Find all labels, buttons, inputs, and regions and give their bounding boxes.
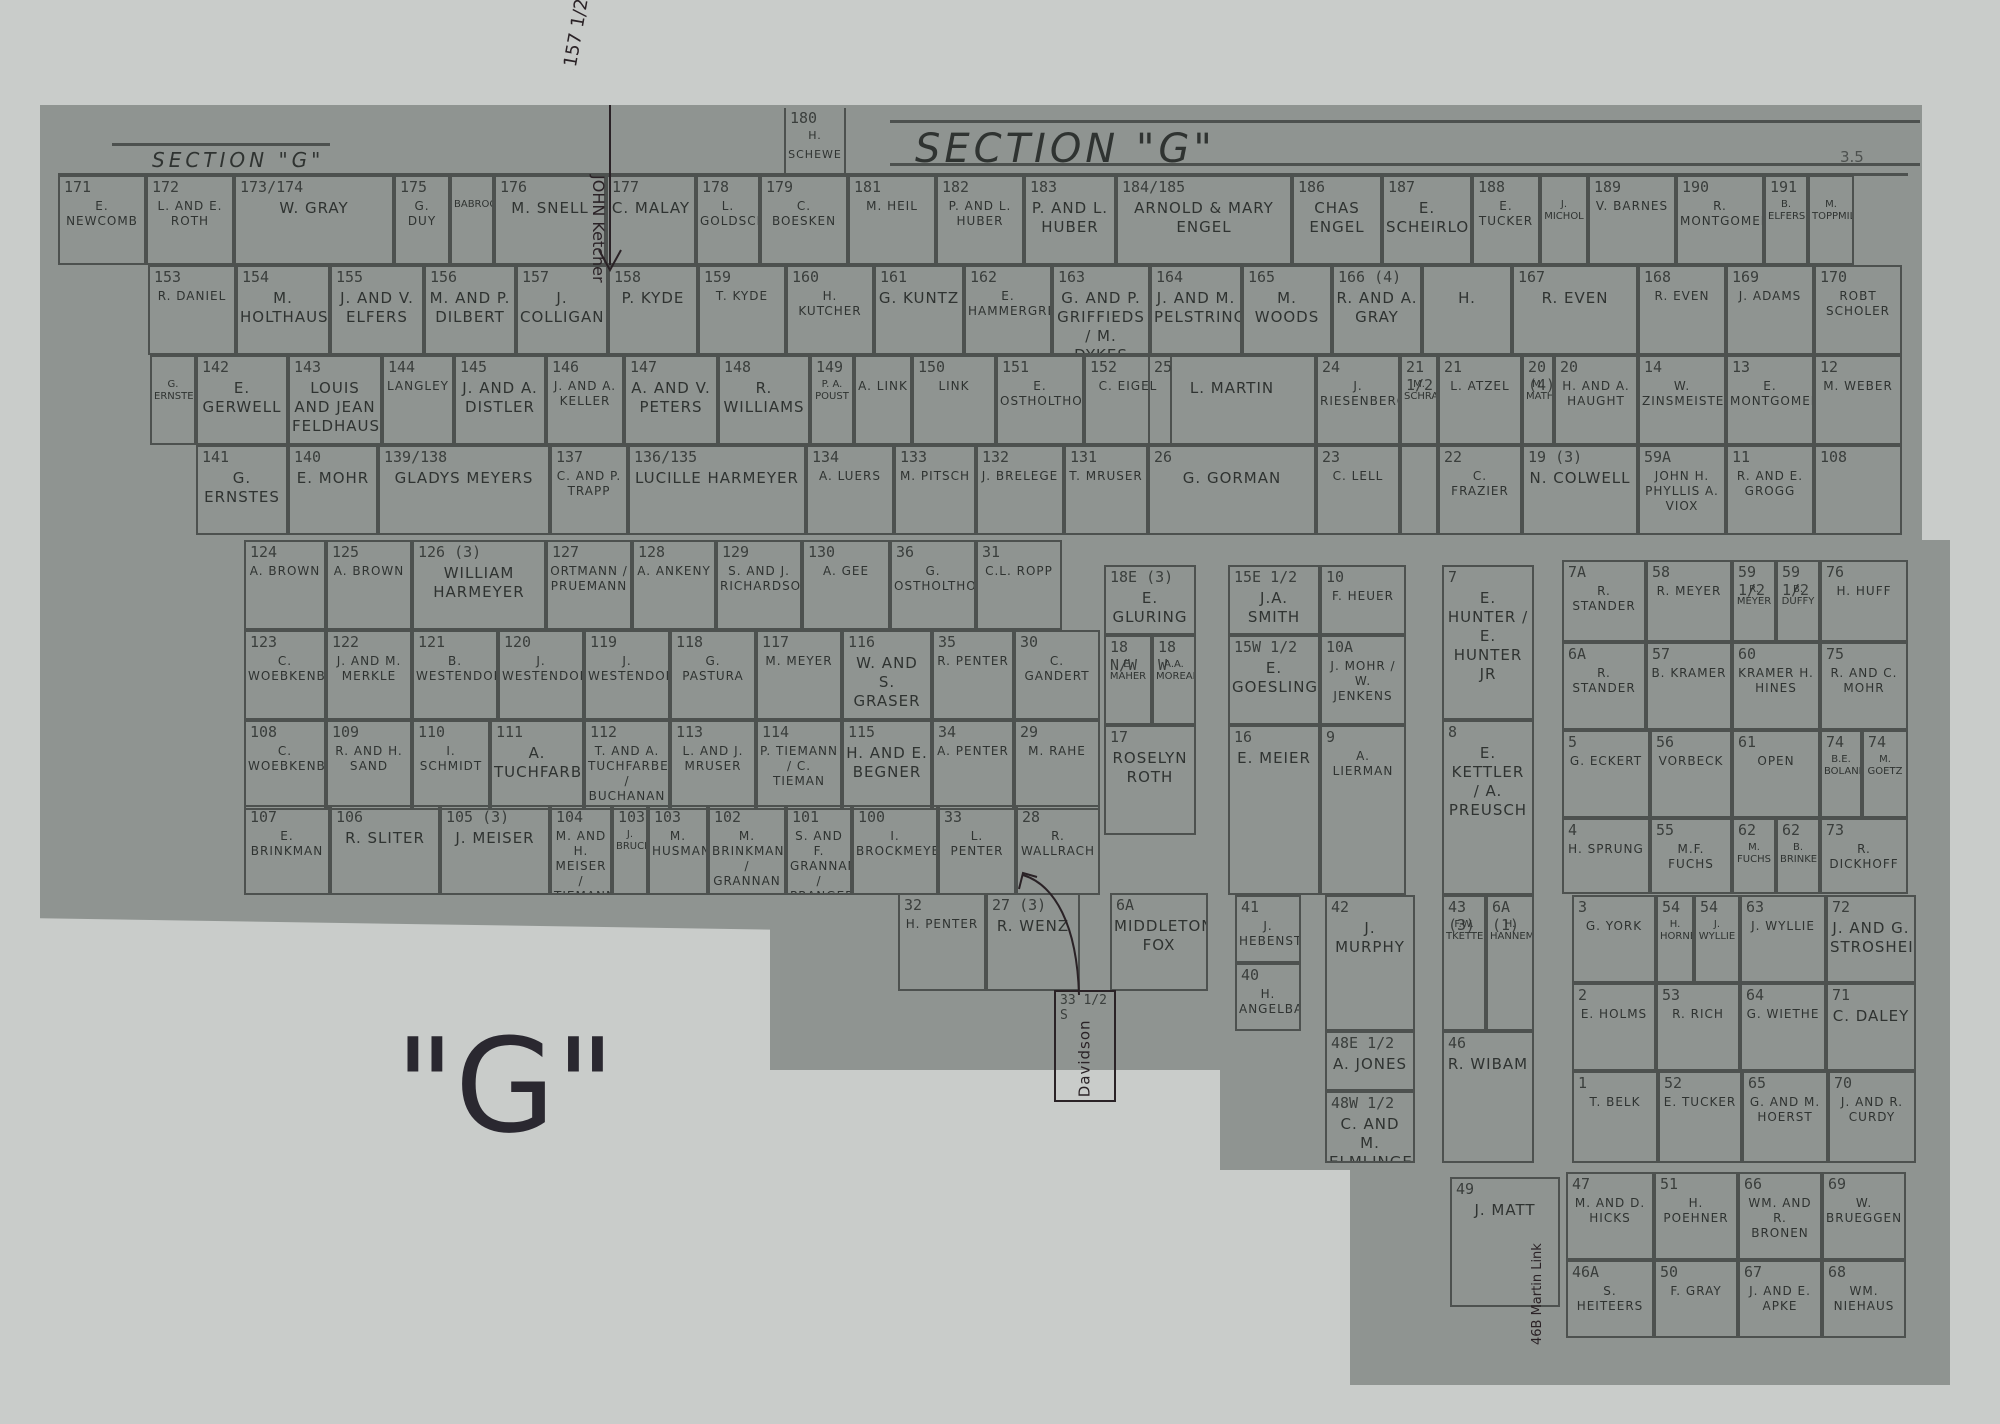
plot-56[interactable]: 56Vorbeck xyxy=(1650,730,1732,818)
plot-owner: B.E. Boland xyxy=(1822,754,1860,778)
plot-owner: Chas Engel xyxy=(1294,199,1380,237)
plot-67[interactable]: 67J. and E. Apke xyxy=(1738,1260,1822,1338)
plot-61[interactable]: 61Open xyxy=(1732,730,1820,818)
plot-owner: N. Colwell xyxy=(1524,469,1636,488)
plot-123[interactable]: 123C. Woebkenberg xyxy=(244,630,326,720)
plot-107[interactable]: 107E. Brinkman xyxy=(244,805,330,895)
plot-number: 72 xyxy=(1832,898,1850,916)
plot-owner: I. Brockmeyer xyxy=(854,829,936,859)
plot-number: 108 xyxy=(250,723,277,741)
plot-unnumbered[interactable]: Babrock xyxy=(450,175,494,265)
plot-144[interactable]: 144Langley xyxy=(382,355,454,445)
plot-33[interactable]: 33L. Penter xyxy=(938,805,1016,895)
plot-number: 22 xyxy=(1444,448,1462,466)
plot-29[interactable]: 29M. Rahe xyxy=(1014,720,1100,810)
plot-134[interactable]: 134A. Luers xyxy=(806,445,894,535)
plot-owner: Open xyxy=(1734,754,1818,769)
plot-151[interactable]: 151E. Ostholthof xyxy=(996,355,1084,445)
plot-number: 118 xyxy=(676,633,703,651)
plot-owner: Joy Davidson xyxy=(1076,1033,1095,1103)
plot-owner: M. Woods xyxy=(1244,289,1330,327)
plot-34[interactable]: 34A. Penter xyxy=(932,720,1014,810)
plot-105-3-[interactable]: 105 (3)J. Meiser xyxy=(440,805,550,895)
plot-number: 119 xyxy=(590,633,617,651)
plot-unnumbered[interactable]: G. Ernstes xyxy=(150,355,196,445)
plot-149[interactable]: 149P. A. Poust xyxy=(810,355,854,445)
plot-53[interactable]: 53R. Rich xyxy=(1656,983,1740,1071)
plot-number: 21 xyxy=(1444,358,1462,376)
plot-owner: F.W. Tketter xyxy=(1444,919,1484,943)
plot-5[interactable]: 5G. Eckert xyxy=(1562,730,1650,818)
plot-148[interactable]: 148R. Williams xyxy=(718,355,810,445)
plot-number: 183 xyxy=(1030,178,1057,196)
plot-139-138[interactable]: 139/138Gladys Meyers xyxy=(378,445,550,535)
plot-number: 139/138 xyxy=(384,448,447,466)
plot-108[interactable]: 108C. Woebkenberg xyxy=(244,720,326,810)
plot-50[interactable]: 50F. Gray xyxy=(1654,1260,1738,1338)
plot-owner: J. Wyllie xyxy=(1742,919,1824,934)
plot-132[interactable]: 132J. Brelege xyxy=(976,445,1064,535)
plot-number: 127 xyxy=(552,543,579,561)
plot-106[interactable]: 106R. Sliter xyxy=(330,805,440,895)
plot-40[interactable]: 40H. Angelbach xyxy=(1235,963,1301,1031)
plot-21[interactable]: 21L. Atzel xyxy=(1438,355,1522,445)
plot-number: 67 xyxy=(1744,1263,1762,1281)
plot-owner: P. A. Poust xyxy=(812,379,852,403)
plot-13[interactable]: 13E. Montgomery xyxy=(1726,355,1814,445)
plot-owner: A. Gee xyxy=(804,564,888,579)
plot-owner: A. Luers xyxy=(808,469,892,484)
plot-74[interactable]: 74B.E. Boland xyxy=(1820,730,1862,818)
plot-17[interactable]: 17Roselyn Roth xyxy=(1104,725,1196,835)
plot-18-w[interactable]: 18 WA.A. Morean xyxy=(1152,635,1196,725)
plot-75[interactable]: 75R. and C. Mohr xyxy=(1820,642,1908,730)
plot-number: 137 xyxy=(556,448,583,466)
plot-number: 145 xyxy=(460,358,487,376)
plot-15w-1-2[interactable]: 15W 1/2E. Goesling xyxy=(1228,635,1320,725)
plot-owner: G. Ernstes xyxy=(152,379,194,403)
plot-68[interactable]: 68Wm. Niehaus xyxy=(1822,1260,1906,1338)
plot-number: 106 xyxy=(336,808,363,826)
plot-number: 112 xyxy=(590,723,617,741)
plot-owner: E. Kettler / A. Preusch xyxy=(1444,744,1532,820)
plot-16[interactable]: 16E. Meier xyxy=(1228,725,1320,895)
plot-owner: J. Bruckmann xyxy=(614,829,646,853)
plot-14[interactable]: 14W. Zinsmeister xyxy=(1638,355,1726,445)
plot-35[interactable]: 35R. Penter xyxy=(932,630,1014,720)
plot-102[interactable]: 102M. Brinkmann / Grannan xyxy=(708,805,786,895)
plot-188[interactable]: 188E. Tucker xyxy=(1472,175,1540,265)
plot-owner: A. Ankeny xyxy=(634,564,714,579)
plot-owner: C. Lell xyxy=(1318,469,1398,484)
plot-owner: M. Mathews xyxy=(1524,379,1552,403)
plot-175[interactable]: 175G. Duy xyxy=(394,175,450,265)
plot-7[interactable]: 7E. Hunter / E. Hunter Jr xyxy=(1442,565,1534,720)
plot-owner: G. Ernstes xyxy=(198,469,286,507)
plot-186[interactable]: 186Chas Engel xyxy=(1292,175,1382,265)
plot-owner: H. Huff xyxy=(1822,584,1906,599)
plot-number: 33 1/2 S xyxy=(1060,993,1114,1023)
plot-number: 113 xyxy=(676,723,703,741)
plot-owner: Robt Scholer xyxy=(1816,289,1900,319)
plot-166-4-[interactable]: 166 (4)R. and A. Gray xyxy=(1332,265,1422,355)
plot-owner: M. and D. Hicks xyxy=(1568,1196,1652,1226)
plot-32[interactable]: 32H. Penter xyxy=(898,893,986,991)
plot-number: 41 xyxy=(1241,898,1259,916)
plot-number: 101 xyxy=(792,808,819,826)
plot-owner: H. Poehner xyxy=(1656,1196,1736,1226)
plot-26[interactable]: 26G. Gorman xyxy=(1148,445,1316,535)
plot-owner: A. Tuchfarber xyxy=(492,744,582,782)
plot-187[interactable]: 187E. Scheirloh xyxy=(1382,175,1472,265)
plot-number: 5 xyxy=(1568,733,1577,751)
plot-6a-1-[interactable]: 6A (1)H. Hanneman xyxy=(1486,895,1534,1031)
plot-number: 144 xyxy=(388,358,415,376)
plot-180-schewe[interactable]: 180 H. SCHEWE xyxy=(784,108,846,175)
plot-unnumbered[interactable]: J. Michol xyxy=(1540,175,1588,265)
plot-owner: Ortmann / Pruemann xyxy=(548,564,630,594)
plot-owner: R. Dickhoff xyxy=(1822,842,1906,872)
plot-127[interactable]: 127Ortmann / Pruemann xyxy=(546,540,632,630)
plot-number: 171 xyxy=(64,178,91,196)
plot-103[interactable]: 103M. Husmann xyxy=(648,805,708,895)
plot-number: 46A xyxy=(1572,1263,1599,1281)
plot-54[interactable]: 54H. Horner xyxy=(1656,895,1694,983)
plot-8[interactable]: 8E. Kettler / A. Preusch xyxy=(1442,720,1534,895)
plot-number: 16 xyxy=(1234,728,1252,746)
plot-169[interactable]: 169J. Adams xyxy=(1726,265,1814,355)
plot-54[interactable]: 54J. Wyllie xyxy=(1694,895,1740,983)
plot-52[interactable]: 52E. Tucker xyxy=(1658,1071,1742,1163)
plot-owner: T. Mruser xyxy=(1066,469,1146,484)
plot-136-135[interactable]: 136/135Lucille Harmeyer xyxy=(628,445,806,535)
plot-128[interactable]: 128A. Ankeny xyxy=(632,540,716,630)
plot-72[interactable]: 72J. and G. Strosheim xyxy=(1826,895,1916,983)
plot-101[interactable]: 101S. and F. Grannan / Pranger xyxy=(786,805,852,895)
plot-30[interactable]: 30C. Gandert xyxy=(1014,630,1100,720)
plot-146[interactable]: 146J. and A. Keller xyxy=(546,355,624,445)
plot-155[interactable]: 155J. and V. Elfers xyxy=(330,265,424,355)
plot-number: 9 xyxy=(1326,728,1335,746)
plot-159[interactable]: 159T. Kyde xyxy=(698,265,786,355)
plot-owner: J. and R. Curdy xyxy=(1830,1095,1914,1125)
plot-2[interactable]: 2E. Holms xyxy=(1572,983,1656,1071)
plot-owner: M. and H. Meiser / Tiemann xyxy=(552,829,610,895)
plot-104[interactable]: 104M. and H. Meiser / Tiemann xyxy=(550,805,612,895)
plot-owner: M. Heil xyxy=(850,199,934,214)
annotation-john-ketcher-number: 157 1/2 xyxy=(560,0,593,69)
plot-owner: E. Hammergren xyxy=(966,289,1050,319)
plot-10[interactable]: 10F. Heuer xyxy=(1320,565,1406,635)
plot-184-185[interactable]: 184/185Arnold & Mary Engel xyxy=(1116,175,1292,265)
plot-60[interactable]: 60Kramer H. Hines xyxy=(1732,642,1820,730)
plot-162[interactable]: 162E. Hammergren xyxy=(964,265,1052,355)
plot-10a[interactable]: 10AJ. Mohr / W. Jenkens xyxy=(1320,635,1406,725)
plot-7a[interactable]: 7AR. Stander xyxy=(1562,560,1646,642)
plot-owner: M.F. Fuchs xyxy=(1652,842,1730,872)
plot-owner: R. Meyer xyxy=(1734,584,1774,608)
plot-160[interactable]: 160H. Kutcher xyxy=(786,265,874,355)
plot-33-half-joy-davidson[interactable]: 33 1/2 S Joy Davidson xyxy=(1054,990,1116,1102)
plot-137[interactable]: 137C. and P. Trapp xyxy=(550,445,628,535)
plot-number: 70 xyxy=(1834,1074,1852,1092)
plot-118[interactable]: 118G. Pastura xyxy=(670,630,756,720)
plot-189[interactable]: 189V. Barnes xyxy=(1588,175,1676,265)
plot-number: 105 (3) xyxy=(446,808,509,826)
plot-171[interactable]: 171E. Newcomb xyxy=(58,175,146,265)
plot-number: 64 xyxy=(1746,986,1764,1004)
plot-owner: P. and L. Huber xyxy=(1026,199,1114,237)
plot-owner: Langley xyxy=(384,379,452,394)
plot-41[interactable]: 41J. Hebenstreit xyxy=(1235,895,1301,963)
plot-22[interactable]: 22C. Frazier xyxy=(1438,445,1522,535)
plot-owner: J. Wyllie xyxy=(1696,919,1738,943)
plot-owner: A. and V. Peters xyxy=(626,379,716,417)
plot-163[interactable]: 163G. and P. Griffieds / M. Dykes xyxy=(1052,265,1150,355)
plot-number: 63 xyxy=(1746,898,1764,916)
plot-70[interactable]: 70J. and R. Curdy xyxy=(1828,1071,1916,1163)
plot-number: 148 xyxy=(724,358,751,376)
plot-4[interactable]: 4H. Sprung xyxy=(1562,818,1650,894)
plot-18e-3-[interactable]: 18E (3)E. Gluring xyxy=(1104,565,1196,635)
plot-64[interactable]: 64G. Wiethe xyxy=(1740,983,1826,1071)
plot-owner: R. and C. Mohr xyxy=(1822,666,1906,696)
plot-141[interactable]: 141G. Ernstes xyxy=(196,445,288,535)
plot-number: 17 xyxy=(1110,728,1128,746)
plot-181[interactable]: 181M. Heil xyxy=(848,175,936,265)
plot-156[interactable]: 156M. and P. Dilbert xyxy=(424,265,516,355)
plot-173-174[interactable]: 173/174W. Gray xyxy=(234,175,394,265)
plot-owner: E. Scheirloh xyxy=(1384,199,1470,237)
plot-165[interactable]: 165M. Woods xyxy=(1242,265,1332,355)
plot-24[interactable]: 24J. Riesenberg xyxy=(1316,355,1400,445)
plot-114[interactable]: 114P. Tiemann / C. Tieman xyxy=(756,720,842,810)
plot-owner: C. Frazier xyxy=(1440,469,1520,499)
plot-unnumbered[interactable] xyxy=(1400,445,1438,535)
plot-145[interactable]: 145J. and A. Distler xyxy=(454,355,546,445)
plot-121[interactable]: 121B. Westendorf xyxy=(412,630,498,720)
plot-179[interactable]: 179C. Boesken xyxy=(760,175,848,265)
plot-158[interactable]: 158P. Kyde xyxy=(608,265,698,355)
plot-46a[interactable]: 46AS. Heiteers xyxy=(1566,1260,1654,1338)
plot-46[interactable]: 46R. Wibam xyxy=(1442,1031,1534,1163)
plot-6a[interactable]: 6AR. Stander xyxy=(1562,642,1646,730)
plot-119[interactable]: 119J. Westendorf xyxy=(584,630,670,720)
plot-124[interactable]: 124A. Brown xyxy=(244,540,326,630)
plot-owner: T. Kyde xyxy=(700,289,784,304)
plot-number: 49 xyxy=(1456,1180,1474,1198)
plot-number: 50 xyxy=(1660,1263,1678,1281)
plot-129[interactable]: 129S. and J. Richardson xyxy=(716,540,802,630)
plot-owner: Babrock xyxy=(452,199,492,211)
plot-142[interactable]: 142E. Gerwell xyxy=(196,355,288,445)
plot-150[interactable]: 150Link xyxy=(912,355,996,445)
plot-owner: H. Penter xyxy=(900,917,984,932)
plot-number: 120 xyxy=(504,633,531,651)
plot-owner: E. Meier xyxy=(1230,749,1318,768)
plot-167[interactable]: 167R. Even xyxy=(1512,265,1638,355)
plot-number: 190 xyxy=(1682,178,1709,196)
plot-unnumbered[interactable]: H. xyxy=(1422,265,1512,355)
plot-owner: J. Westendorf xyxy=(586,654,668,684)
plot-170[interactable]: 170Robt Scholer xyxy=(1814,265,1902,355)
plot-25[interactable]: 25L. Martin xyxy=(1148,355,1316,445)
plot-122[interactable]: 122J. and M. Merkle xyxy=(326,630,412,720)
plot-191[interactable]: 191B. Elfers xyxy=(1764,175,1808,265)
plot-65[interactable]: 65G. and M. Hoerst xyxy=(1742,1071,1828,1163)
plot-owner: M. Weber xyxy=(1816,379,1900,394)
plot-117[interactable]: 117M. Meyer xyxy=(756,630,842,720)
plot-51[interactable]: 51H. Poehner xyxy=(1654,1172,1738,1260)
plot-owner: W. and S. Graser xyxy=(844,654,930,711)
plot-71[interactable]: 71C. Daley xyxy=(1826,983,1916,1071)
plot-48w-1-2[interactable]: 48W 1/2C. and M. Elmlinger xyxy=(1325,1091,1415,1163)
plot-168[interactable]: 168R. Even xyxy=(1638,265,1726,355)
plot-133[interactable]: 133M. Pitsch xyxy=(894,445,976,535)
plot-number: 3 xyxy=(1578,898,1587,916)
plot-19-3-[interactable]: 19 (3)N. Colwell xyxy=(1522,445,1638,535)
plot-131[interactable]: 131T. Mruser xyxy=(1064,445,1148,535)
plot-59-1-2[interactable]: 59 1/2R. Meyer xyxy=(1732,560,1776,642)
plot-number: 187 xyxy=(1388,178,1415,196)
plot-73[interactable]: 73R. Dickhoff xyxy=(1820,818,1908,894)
arrow-down-icon xyxy=(595,105,625,275)
plot-120[interactable]: 120J. Westendorf xyxy=(498,630,584,720)
plot-11[interactable]: 11R. and E. Grogg xyxy=(1726,445,1814,535)
plot-number: 115 xyxy=(848,723,875,741)
plot-130[interactable]: 130A. Gee xyxy=(802,540,890,630)
plot-number: 149 xyxy=(816,358,843,376)
plot-owner: M. Brinkmann / Grannan xyxy=(710,829,784,889)
plot-owner: M. Fuchs xyxy=(1734,842,1774,866)
plot-23[interactable]: 23C. Lell xyxy=(1316,445,1400,535)
plot-143[interactable]: 143Louis and Jean Feldhaus xyxy=(288,355,382,445)
plot-owner: M. Rahe xyxy=(1016,744,1098,759)
plot-125[interactable]: 125A. Brown xyxy=(326,540,412,630)
plot-74[interactable]: 74M. Goetz xyxy=(1862,730,1908,818)
plot-unnumbered[interactable]: A. Link xyxy=(854,355,912,445)
plot-140[interactable]: 140E. Mohr xyxy=(288,445,378,535)
plot-164[interactable]: 164J. and M. Pelstring xyxy=(1150,265,1242,355)
plot-115[interactable]: 115H. and E. Begner xyxy=(842,720,932,810)
plot-unnumbered[interactable]: M. Toppmiller xyxy=(1808,175,1854,265)
plot-9[interactable]: 9A. Lierman xyxy=(1320,725,1406,895)
plot-owner: R. Stander xyxy=(1564,666,1644,696)
plot-69[interactable]: 69W. Brueggen xyxy=(1822,1172,1906,1260)
plot-62[interactable]: 62B. Brinker xyxy=(1776,818,1820,894)
plot-1[interactable]: 1T. Belk xyxy=(1572,1071,1658,1163)
plot-owner: B. Westendorf xyxy=(414,654,496,684)
plot-178[interactable]: 178L. Goldschmidt xyxy=(696,175,760,265)
plot-number: 189 xyxy=(1594,178,1621,196)
plot-183[interactable]: 183P. and L. Huber xyxy=(1024,175,1116,265)
plot-number: 42 xyxy=(1331,898,1349,916)
plot-owner: P. Tiemann / C. Tieman xyxy=(758,744,840,789)
plot-number: 48E 1/2 xyxy=(1331,1034,1394,1052)
plot-owner: L. Atzel xyxy=(1440,379,1520,394)
plot-108[interactable]: 108 xyxy=(1814,445,1902,535)
plot-3[interactable]: 3G. York xyxy=(1572,895,1656,983)
plot-154[interactable]: 154M. Holthaus xyxy=(236,265,330,355)
plot-126-3-[interactable]: 126 (3)William Harmeyer xyxy=(412,540,546,630)
plot-owner: L. Goldschmidt xyxy=(698,199,758,229)
plot-owner: M. Meyer xyxy=(758,654,840,669)
plot-15e-1-2[interactable]: 15E 1/2J.A. Smith xyxy=(1228,565,1320,635)
plot-48e-1-2[interactable]: 48E 1/2A. Jones xyxy=(1325,1031,1415,1091)
annotation-martin-link[interactable]: 46B Martin Link xyxy=(1530,1243,1545,1345)
plot-20[interactable]: 20H. and A. Haught xyxy=(1554,355,1638,445)
plot-owner: G. and M. Hoerst xyxy=(1744,1095,1826,1125)
plot-number: 129 xyxy=(722,543,749,561)
plot-number: 150 xyxy=(918,358,945,376)
plot-63[interactable]: 63J. Wyllie xyxy=(1740,895,1826,983)
plot-112[interactable]: 112T. and A. Tuchfarber / Buchanan xyxy=(584,720,670,810)
plot-59a[interactable]: 59AJohn H. Phyllis A. Viox xyxy=(1638,445,1726,535)
plot-owner: F. Gray xyxy=(1656,1284,1736,1299)
plot-55[interactable]: 55M.F. Fuchs xyxy=(1650,818,1732,894)
plot-21-1-2[interactable]: 21 1/2M. Schrader xyxy=(1400,355,1438,445)
plot-number: 157 xyxy=(522,268,549,286)
plot-100[interactable]: 100I. Brockmeyer xyxy=(852,805,938,895)
plot-59-1-2[interactable]: 59 1/2B. Duffy xyxy=(1776,560,1820,642)
plot-owner: W. Zinsmeister xyxy=(1640,379,1724,409)
plot-18-n-w[interactable]: 18 N/WE. Maher xyxy=(1104,635,1152,725)
plot-number: 51 xyxy=(1660,1175,1678,1193)
plot-66[interactable]: 66Wm. and R. Bronen xyxy=(1738,1172,1822,1260)
plot-owner: William Harmeyer xyxy=(414,564,544,602)
plot-76[interactable]: 76H. Huff xyxy=(1820,560,1908,642)
plot-147[interactable]: 147A. and V. Peters xyxy=(624,355,718,445)
plot-20-4-[interactable]: 20 (4)M. Mathews xyxy=(1522,355,1554,445)
plot-owner: G. Ostholthoff xyxy=(892,564,974,594)
plot-owner: J. and A. Keller xyxy=(548,379,622,409)
plot-116[interactable]: 116W. and S. Graser xyxy=(842,630,932,720)
plot-62[interactable]: 62M. Fuchs xyxy=(1732,818,1776,894)
title-underline-left xyxy=(112,143,330,146)
plot-number: 136/135 xyxy=(634,448,697,466)
plot-190[interactable]: 190R. Montgomery xyxy=(1676,175,1764,265)
plot-109[interactable]: 109R. and H. Sand xyxy=(326,720,412,810)
plot-owner: T. Belk xyxy=(1574,1095,1656,1110)
plot-owner: H. Sprung xyxy=(1564,842,1648,857)
plot-57[interactable]: 57B. Kramer xyxy=(1646,642,1732,730)
plot-111[interactable]: 111A. Tuchfarber xyxy=(490,720,584,810)
plot-182[interactable]: 182P. and L. Huber xyxy=(936,175,1024,265)
plot-161[interactable]: 161G. Kuntz xyxy=(874,265,964,355)
plot-12[interactable]: 12M. Weber xyxy=(1814,355,1902,445)
plot-153[interactable]: 153R. Daniel xyxy=(148,265,236,355)
plot-owner: I. Schmidt xyxy=(414,744,488,774)
plot-43-3-[interactable]: 43 (3)F.W. Tketter xyxy=(1442,895,1486,1031)
plot-number: 175 xyxy=(400,178,427,196)
plot-31[interactable]: 31C.L. Ropp xyxy=(976,540,1062,630)
plot-36[interactable]: 36G. Ostholthoff xyxy=(890,540,976,630)
plot-47[interactable]: 47M. and D. Hicks xyxy=(1566,1172,1654,1260)
plot-owner: W. Brueggen xyxy=(1824,1196,1904,1226)
plot-owner: R. and E. Grogg xyxy=(1728,469,1812,499)
plot-113[interactable]: 113L. and J. Mruser xyxy=(670,720,756,810)
plot-110[interactable]: 110I. Schmidt xyxy=(412,720,490,810)
plot-owner: E. Tucker xyxy=(1660,1095,1740,1110)
plot-58[interactable]: 58R. Meyer xyxy=(1646,560,1732,642)
plot-172[interactable]: 172L. and E. Roth xyxy=(146,175,234,265)
plot-number: 62 xyxy=(1738,821,1756,839)
plot-42[interactable]: 42J. Murphy xyxy=(1325,895,1415,1031)
plot-103[interactable]: 103J. Bruckmann xyxy=(612,805,648,895)
plot-owner: J. and E. Apke xyxy=(1740,1284,1820,1314)
plot-6a[interactable]: 6AMiddleton Fox xyxy=(1110,893,1208,991)
plot-owner: J. and G. Strosheim xyxy=(1828,919,1914,957)
